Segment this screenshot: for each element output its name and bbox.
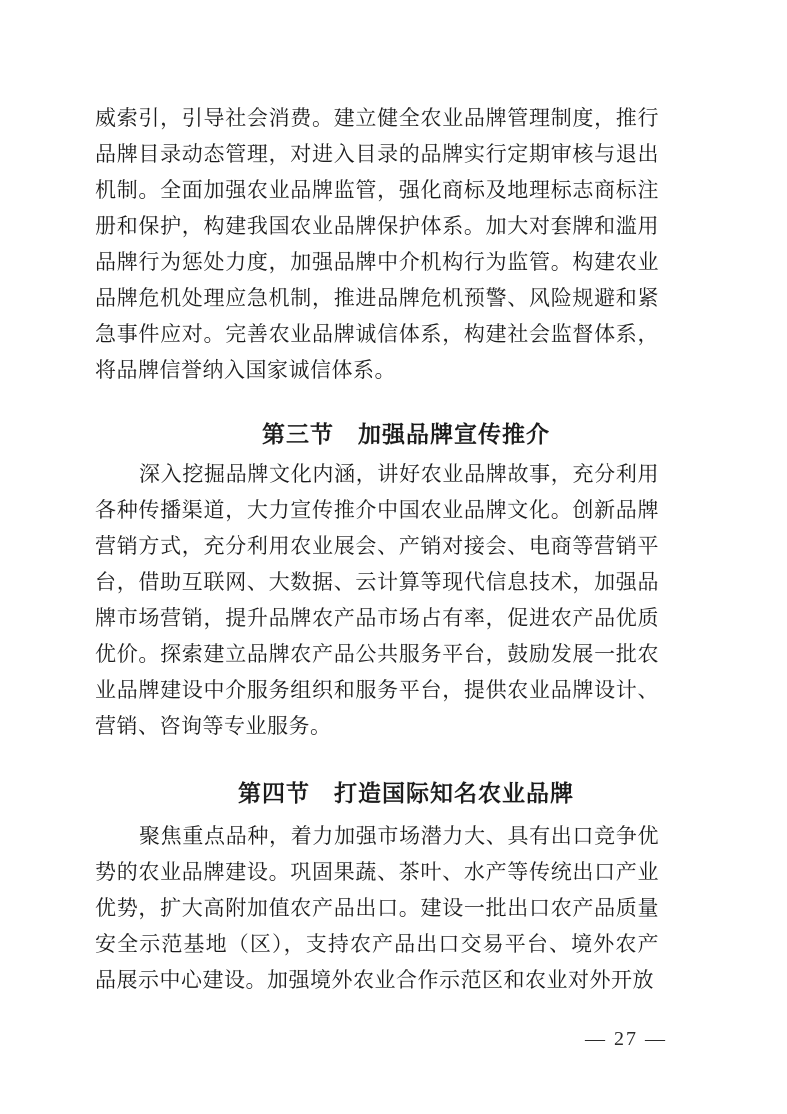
- section-heading-four-international-brands: 第四节 打造国际知名农业品牌: [95, 776, 659, 812]
- paragraph-brand-management-regulation: 威索引，引导社会消费。建立健全农业品牌管理制度，推行品牌目录动态管理，对进入目录…: [95, 100, 659, 388]
- section-heading-three-brand-promotion: 第三节 加强品牌宣传推介: [95, 417, 659, 453]
- paragraph-international-brand-building: 聚焦重点品种，着力加强市场潜力大、具有出口竞争优势的农业品牌建设。巩固果蔬、茶叶…: [95, 818, 659, 998]
- page-number: — 27 —: [95, 1029, 667, 1049]
- paragraph-brand-promotion: 深入挖掘品牌文化内涵，讲好农业品牌故事，充分利用各种传播渠道，大力宣传推介中国农…: [95, 456, 659, 744]
- document-content: 威索引，引导社会消费。建立健全农业品牌管理制度，推行品牌目录动态管理，对进入目录…: [95, 100, 659, 998]
- document-page: 威索引，引导社会消费。建立健全农业品牌管理制度，推行品牌目录动态管理，对进入目录…: [0, 0, 787, 1114]
